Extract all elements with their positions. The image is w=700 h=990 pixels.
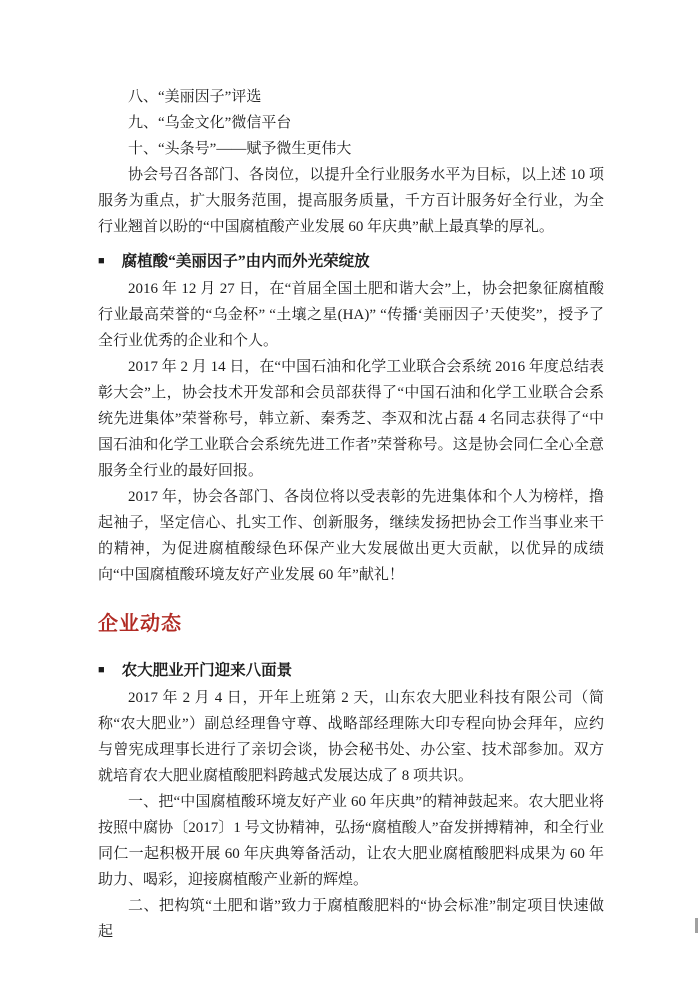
list-item: 八、“美丽因子”评选 — [98, 84, 604, 110]
document-page: 八、“美丽因子”评选 九、“乌金文化”微信平台 十、“头条号”——赋予微生更伟大… — [0, 0, 700, 990]
body-paragraph: 2017 年 2 月 14 日，在“中国石油和化学工业联合会系统 2016 年度… — [98, 354, 604, 484]
body-paragraph: 协会号召各部门、各岗位，以提升全行业服务水平为目标，以上述 10 项服务为重点，… — [98, 162, 604, 240]
page-content: 八、“美丽因子”评选 九、“乌金文化”微信平台 十、“头条号”——赋予微生更伟大… — [98, 84, 604, 945]
section-heading: ■ 腐植酸“美丽因子”由内而外光荣绽放 — [98, 249, 604, 276]
scan-artifact — [695, 918, 698, 933]
square-bullet-icon: ■ — [98, 657, 105, 683]
section-title: 农大肥业开门迎来八面景 — [122, 658, 293, 684]
body-paragraph: 2016 年 12 月 27 日，在“首届全国土肥和谐大会”上，协会把象征腐植酸… — [98, 276, 604, 354]
body-paragraph: 一、把“中国腐植酸环境友好产业 60 年庆典”的精神鼓起来。农大肥业将按照中腐协… — [98, 789, 604, 893]
square-bullet-icon: ■ — [98, 248, 105, 274]
section-title: 腐植酸“美丽因子”由内而外光荣绽放 — [122, 249, 370, 275]
list-item: 十、“头条号”——赋予微生更伟大 — [98, 136, 604, 162]
chapter-heading: 企业动态 — [98, 610, 604, 638]
body-paragraph: 2017 年，协会各部门、各岗位将以受表彰的先进集体和个人为榜样，撸起袖子，坚定… — [98, 484, 604, 588]
body-paragraph: 二、把构筑“土肥和谐”致力于腐植酸肥料的“协会标准”制定项目快速做起 — [98, 893, 604, 945]
body-paragraph: 2017 年 2 月 4 日，开年上班第 2 天，山东农大肥业科技有限公司（简称… — [98, 685, 604, 789]
list-item: 九、“乌金文化”微信平台 — [98, 110, 604, 136]
section-heading: ■ 农大肥业开门迎来八面景 — [98, 658, 604, 685]
